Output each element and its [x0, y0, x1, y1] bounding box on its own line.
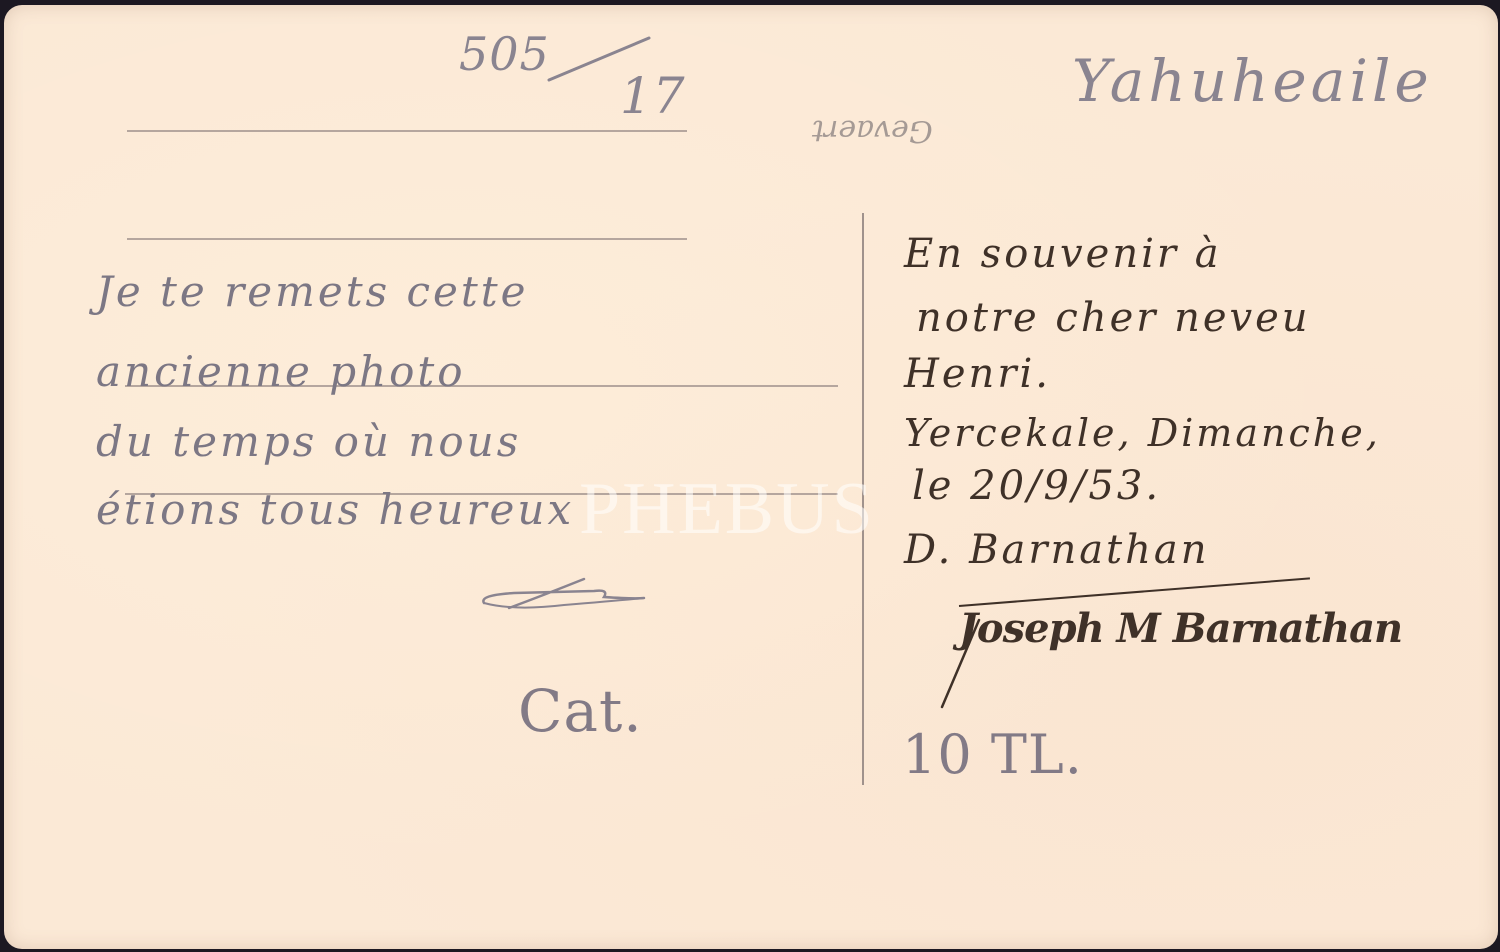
signature-underline — [959, 577, 1310, 607]
left-message-line-4: étions tous heureux — [96, 485, 574, 534]
watermark: PHEBUS — [579, 467, 875, 552]
signature-joseph-barnathan: Joseph M Barnathan — [959, 605, 1402, 652]
paper-brand-mark: Gevaert — [812, 113, 933, 148]
signature-d-barnathan: D. Barnathan — [904, 527, 1210, 573]
price-note: 10 TL. — [902, 723, 1083, 786]
address-line-2 — [127, 238, 687, 240]
inventory-number: 505 — [459, 27, 550, 81]
catalog-note: Cat. — [518, 677, 643, 745]
left-message-line-2: ancienne photo — [96, 347, 466, 396]
right-message-line-2: notre cher neveu — [916, 295, 1311, 341]
left-message-line-1: Je te remets cette — [96, 267, 529, 316]
left-signature-flourish — [474, 573, 654, 618]
signature-stroke — [934, 615, 994, 715]
right-message-line-1: En souvenir à — [904, 231, 1222, 277]
right-message-line-3: Henri. — [904, 351, 1051, 397]
inventory-sub: 17 — [620, 67, 686, 125]
right-message-line-4: Yercekale, Dimanche, — [904, 411, 1381, 455]
address-line-1 — [127, 130, 687, 132]
right-message-line-5: le 20/9/53. — [912, 463, 1161, 509]
place-note: Yahuheaile — [1072, 47, 1433, 115]
postcard-back: 505 17 Yahuheaile Gevaert Je te remets c… — [4, 5, 1498, 949]
left-message-line-3: du temps où nous — [96, 417, 521, 466]
